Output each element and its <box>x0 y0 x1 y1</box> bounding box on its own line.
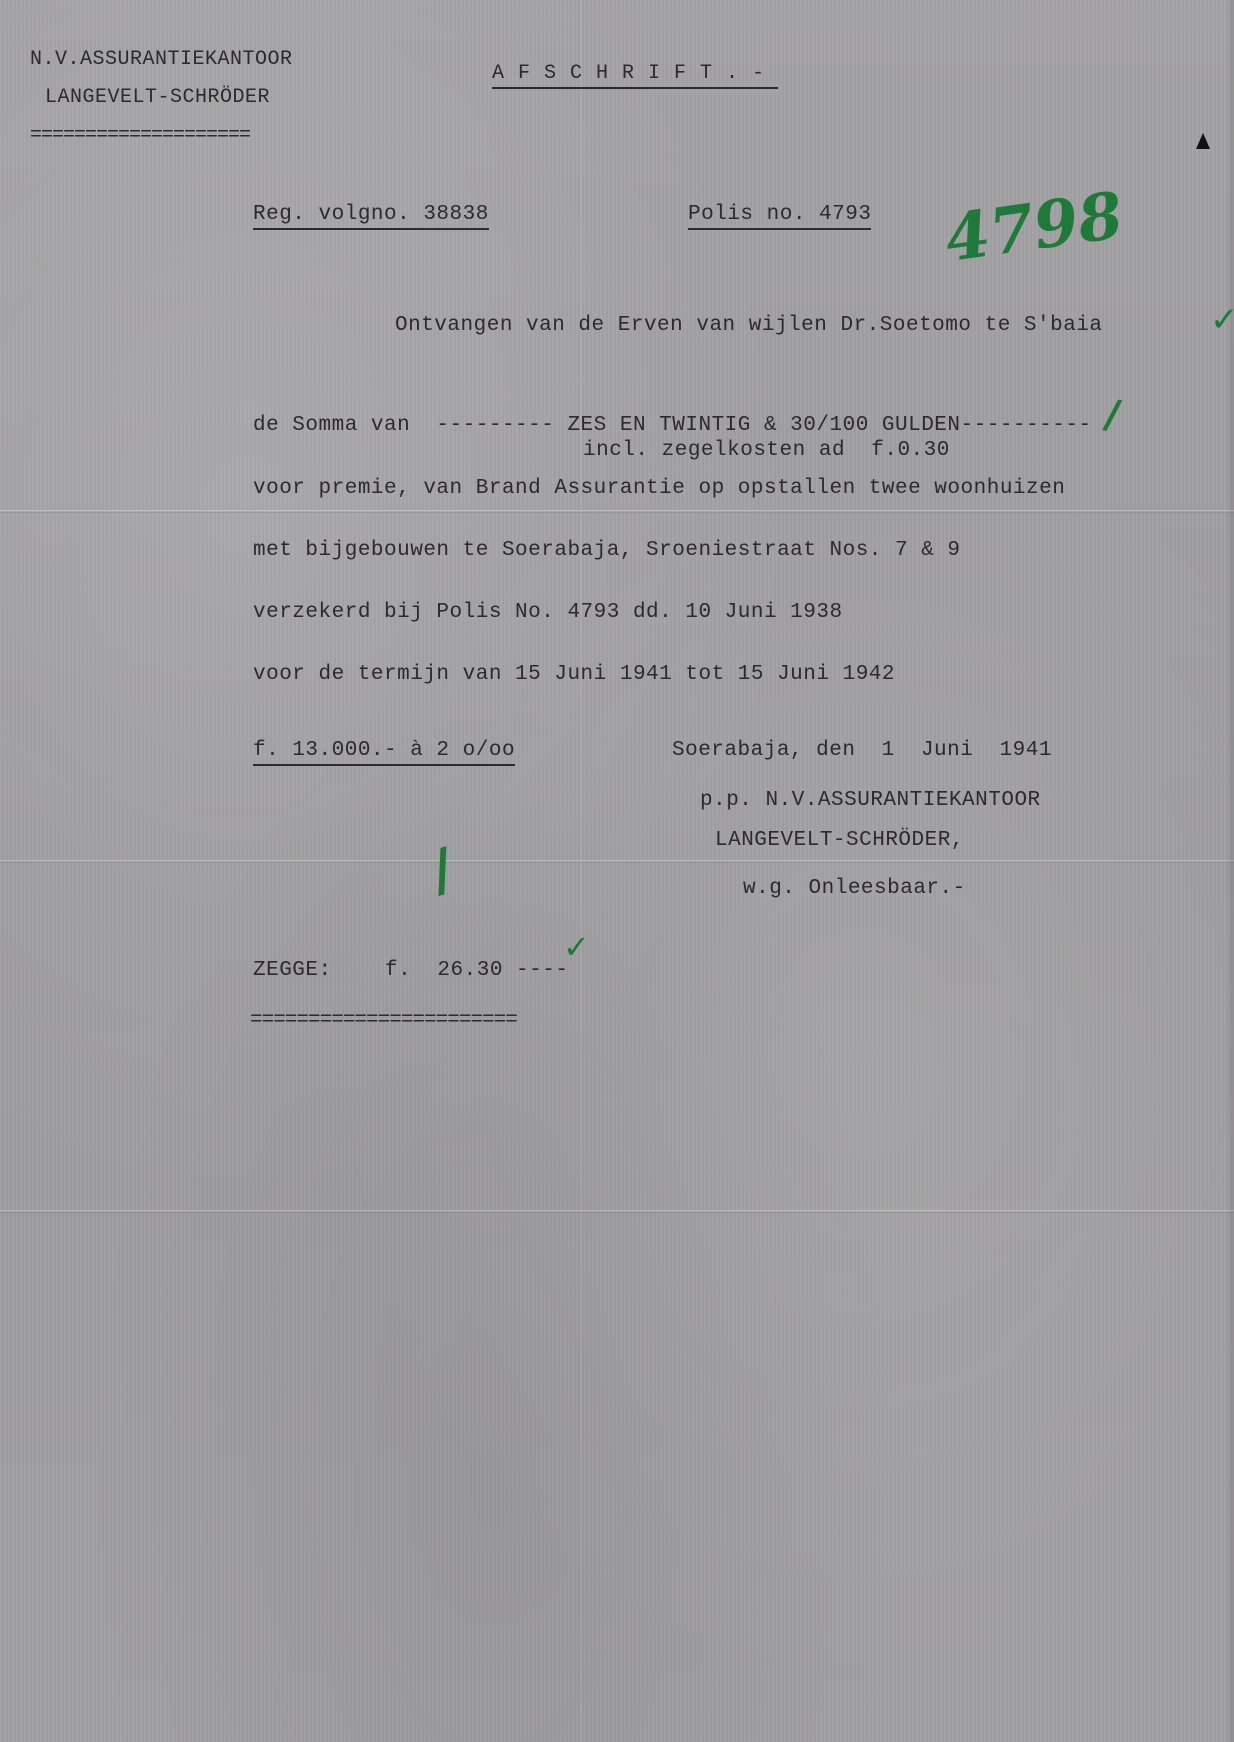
letterhead-company: N.V.ASSURANTIEKANTOOR <box>30 50 293 70</box>
total-label: ZEGGE: <box>253 960 332 981</box>
letterhead-firm: LANGEVELT-SCHRÖDER <box>45 88 270 108</box>
amount-words: de Somma van --------- ZES EN TWINTIG & … <box>253 415 1092 436</box>
paper-fold <box>580 0 582 1742</box>
body-line-3: verzekerd bij Polis No. 4793 dd. 10 Juni… <box>253 602 843 623</box>
body-line-1: voor premie, van Brand Assurantie op ops… <box>253 478 1065 499</box>
reg-volgno: Reg. volgno. 38838 <box>253 204 489 230</box>
polis-number: Polis no. 4793 <box>688 204 871 230</box>
punch-hole <box>1196 133 1210 149</box>
paper-crease <box>0 860 1234 863</box>
letterhead-rule: ==================== <box>30 126 250 146</box>
insured-rate: f. 13.000.- à 2 o/oo <box>253 740 515 766</box>
signature-signed: w.g. Onleesbaar.- <box>743 878 966 899</box>
body-line-4: voor de termijn van 15 Juni 1941 tot 15 … <box>253 664 895 685</box>
check-mark-icon: ✓ <box>1210 300 1234 340</box>
signature-pp: p.p. N.V.ASSURANTIEKANTOOR <box>700 790 1041 811</box>
total-rule: ======================= <box>250 1010 517 1031</box>
place-date: Soerabaja, den 1 Juni 1941 <box>672 740 1052 761</box>
paper-edge <box>1226 0 1234 1742</box>
paper-crease <box>0 510 1234 513</box>
paper-crease <box>0 1210 1234 1213</box>
amount-note: incl. zegelkosten ad f.0.30 <box>583 440 950 461</box>
signature-firm: LANGEVELT-SCHRÖDER, <box>715 830 964 851</box>
document-title: AFSCHRIFT.- <box>492 64 778 89</box>
received-from: Ontvangen van de Erven van wijlen Dr.Soe… <box>395 315 1103 336</box>
body-line-2: met bijgebouwen te Soerabaja, Sroeniestr… <box>253 540 961 561</box>
check-mark-icon: ✓ <box>563 928 590 966</box>
total-value: f. 26.30 ---- <box>385 960 568 981</box>
